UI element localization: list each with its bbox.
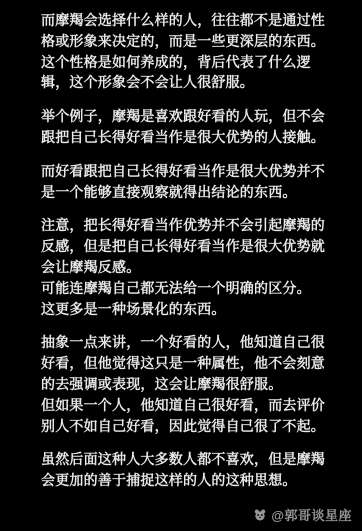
post-image: 而摩羯会选择什么样的人，往往都不是通过性 格或形象来决定的，而是一些更深层的东西… — [0, 0, 362, 531]
text-line: 抽象一点来讲，一个好看的人，他知道自己很 — [41, 332, 346, 353]
watermark-handle: @郭哥谈星座 — [271, 505, 352, 524]
text-line: 举个例子，摩羯是喜欢跟好看的人玩，但不会 — [41, 106, 346, 127]
text-line: 好看，但他觉得这只是一种属性，他不会刻意 — [41, 353, 346, 374]
text-line: 的去强调或表现，这会让摩羯很舒服。 — [41, 374, 346, 395]
paragraph: 虽然后面这种人大多数人都不喜欢，但是摩羯 会更加的善于捕捉这样的人的这种思想。 — [41, 449, 346, 491]
paragraph: 举个例子，摩羯是喜欢跟好看的人玩，但不会 跟把自己长得好看当作是很大优势的人接触… — [41, 106, 346, 148]
text-line: 反感，但是把自己长得好看当作是很大优势就 — [41, 236, 346, 257]
text-line: 这个性格是如何养成的，背后代表了什么逻 — [41, 52, 346, 73]
watermark: @郭哥谈星座 — [253, 505, 352, 524]
text-line: 会让摩羯反感。 — [41, 257, 346, 278]
paragraph: 抽象一点来讲，一个好看的人，他知道自己很 好看，但他觉得这只是一种属性，他不会刻… — [41, 332, 346, 436]
text-line: 可能连摩羯自己都无法给一个明确的区分。 — [41, 278, 346, 299]
text-block: 而摩羯会选择什么样的人，往往都不是通过性 格或形象来决定的，而是一些更深层的东西… — [41, 10, 346, 504]
text-line: 而摩羯会选择什么样的人，往往都不是通过性 — [41, 10, 346, 31]
text-line: 但如果一个人，他知道自己很好看，而去评价 — [41, 395, 346, 416]
text-line: 辑，这个形象会不会让人很舒服。 — [41, 72, 346, 93]
panda-logo-icon — [253, 508, 267, 522]
text-line: 跟把自己长得好看当作是很大优势的人接触。 — [41, 127, 346, 148]
text-line: 这更多是一种场景化的东西。 — [41, 299, 346, 320]
text-line: 格或形象来决定的，而是一些更深层的东西。 — [41, 31, 346, 52]
paragraph: 注意，把长得好看当作优势并不会引起摩羯的 反感，但是把自己长得好看当作是很大优势… — [41, 215, 346, 319]
text-line: 别人不如自己好看，因此觉得自己很了不起。 — [41, 416, 346, 437]
text-line: 是一个能够直接观察就得出结论的东西。 — [41, 182, 346, 203]
paragraph: 而摩羯会选择什么样的人，往往都不是通过性 格或形象来决定的，而是一些更深层的东西… — [41, 10, 346, 93]
text-line: 会更加的善于捕捉这样的人的这种思想。 — [41, 470, 346, 491]
text-line: 而好看跟把自己长得好看当作是很大优势并不 — [41, 161, 346, 182]
text-line: 虽然后面这种人大多数人都不喜欢，但是摩羯 — [41, 449, 346, 470]
paragraph: 而好看跟把自己长得好看当作是很大优势并不 是一个能够直接观察就得出结论的东西。 — [41, 161, 346, 203]
text-line: 注意，把长得好看当作优势并不会引起摩羯的 — [41, 215, 346, 236]
